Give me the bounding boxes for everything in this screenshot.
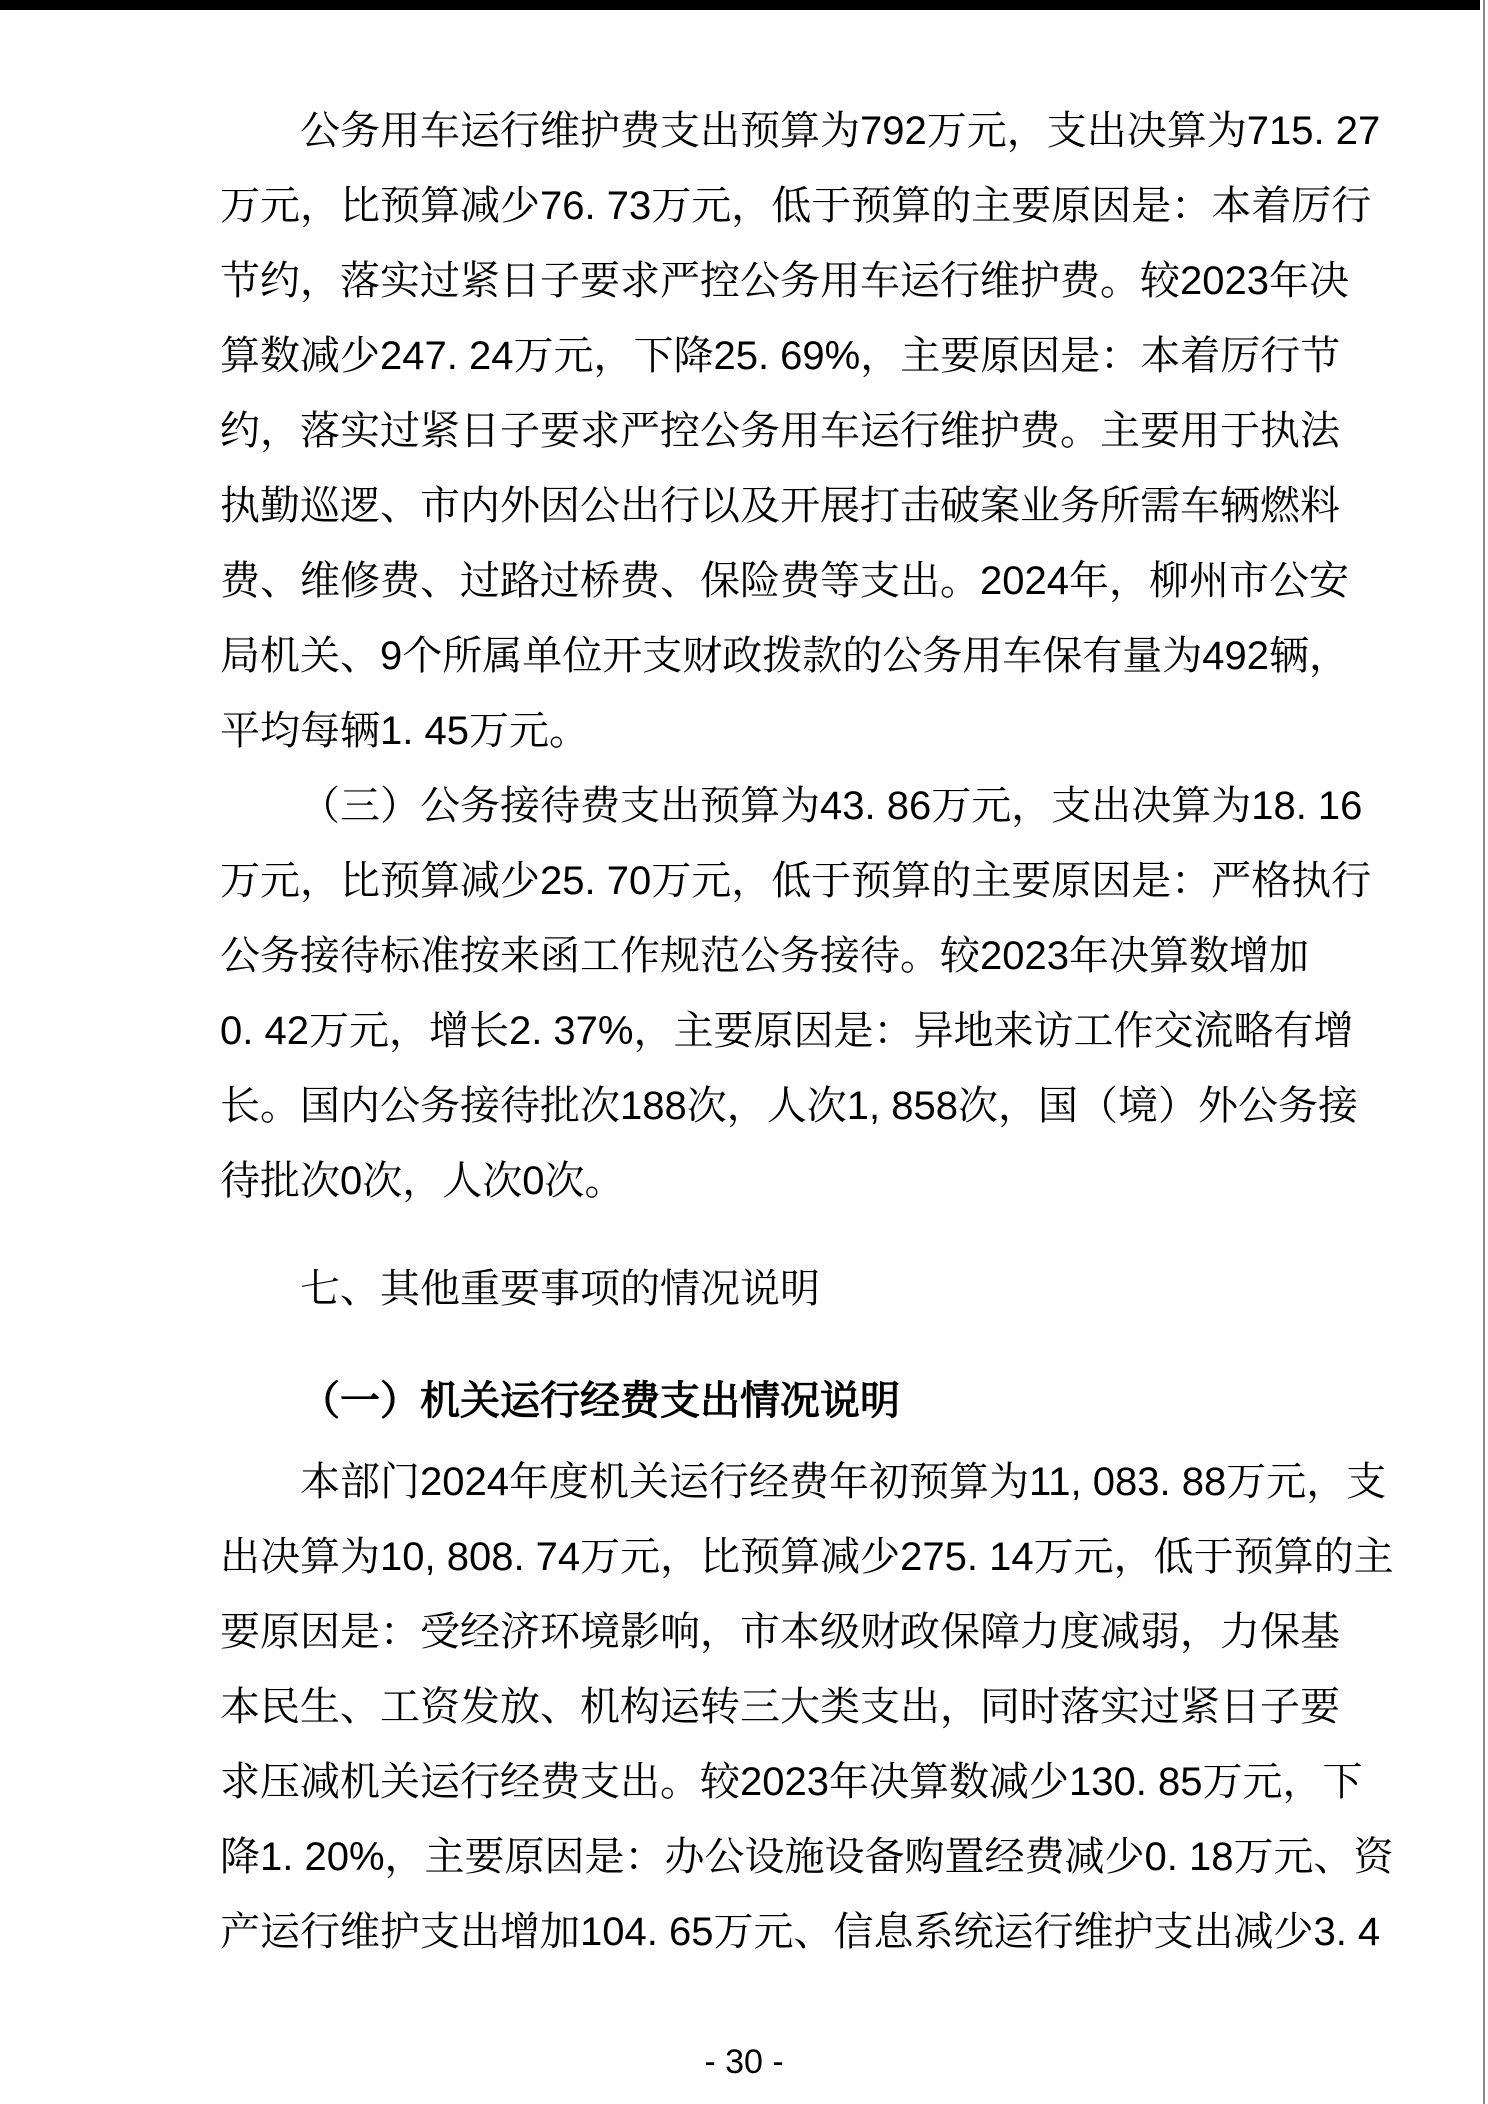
text-line: 出决算为10, 808. 74万元，比预算减少275. 14万元，低于预算的主 [220,1520,1350,1595]
text-line: 七、其他重要事项的情况说明 [220,1252,1350,1327]
text-line: 万元，比预算减少25. 70万元，低于预算的主要原因是：严格执行 [220,844,1350,919]
text-line: 公务接待标准按来函工作规范公务接待。较2023年决算数增加 [220,919,1350,994]
text-line: 局机关、9个所属单位开支财政拨款的公务用车保有量为492辆， [220,619,1350,694]
text-line: （一）机关运行经费支出情况说明 [220,1364,1350,1439]
para-official-reception-expense: （三）公务接待费支出预算为43. 86万元，支出决算为18. 16万元，比预算减… [220,769,1350,1219]
text-line: 待批次0次，人次0次。 [220,1144,1350,1219]
page-number: - 30 - [0,2040,1488,2084]
text-line: 万元，比预算减少76. 73万元，低于预算的主要原因是：本着厉行 [220,169,1350,244]
text-line: 求压减机关运行经费支出。较2023年决算数减少130. 85万元，下 [220,1745,1350,1820]
text-line: 算数减少247. 24万元，下降25. 69%，主要原因是：本着厉行节 [220,319,1350,394]
text-line: 降1. 20%，主要原因是：办公设施设备购置经费减少0. 18万元、资 [220,1820,1350,1895]
heading-other-important-items: 七、其他重要事项的情况说明 [220,1252,1350,1327]
text-line: （三）公务接待费支出预算为43. 86万元，支出决算为18. 16 [220,769,1350,844]
text-line: 0. 42万元，增长2. 37%，主要原因是：异地来访工作交流略有增 [220,994,1350,1069]
text-line: 长。国内公务接待批次188次，人次1, 858次，国（境）外公务接 [220,1069,1350,1144]
text-line: 费、维修费、过路过桥费、保险费等支出。2024年，柳州市公安 [220,544,1350,619]
para-agency-operating-detail: 本部门2024年度机关运行经费年初预算为11, 083. 88万元，支出决算为1… [220,1445,1350,1970]
text-line: 本民生、工资发放、机构运转三大类支出，同时落实过紧日子要 [220,1670,1350,1745]
heading-agency-operating-expense: （一）机关运行经费支出情况说明 [220,1364,1350,1439]
text-line: 本部门2024年度机关运行经费年初预算为11, 083. 88万元，支 [220,1445,1350,1520]
page-top-bar [0,0,1480,10]
text-line: 节约，落实过紧日子要求严控公务用车运行维护费。较2023年决 [220,244,1350,319]
text-line: 约，落实过紧日子要求严控公务用车运行维护费。主要用于执法 [220,394,1350,469]
text-line: 要原因是：受经济环境影响，市本级财政保障力度减弱，力保基 [220,1595,1350,1670]
text-line: 执勤巡逻、市内外因公出行以及开展打击破案业务所需车辆燃料 [220,469,1350,544]
page-right-border [1483,0,1485,2104]
para-official-vehicle-expense: 公务用车运行维护费支出预算为792万元，支出决算为715. 27万元，比预算减少… [220,94,1350,769]
text-line: 产运行维护支出增加104. 65万元、信息系统运行维护支出减少3. 4 [220,1895,1350,1970]
document-body: 公务用车运行维护费支出预算为792万元，支出决算为715. 27万元，比预算减少… [220,10,1350,1970]
text-line: 公务用车运行维护费支出预算为792万元，支出决算为715. 27 [220,94,1350,169]
text-line: 平均每辆1. 45万元。 [220,694,1350,769]
document-page: 公务用车运行维护费支出预算为792万元，支出决算为715. 27万元，比预算减少… [0,0,1488,2104]
